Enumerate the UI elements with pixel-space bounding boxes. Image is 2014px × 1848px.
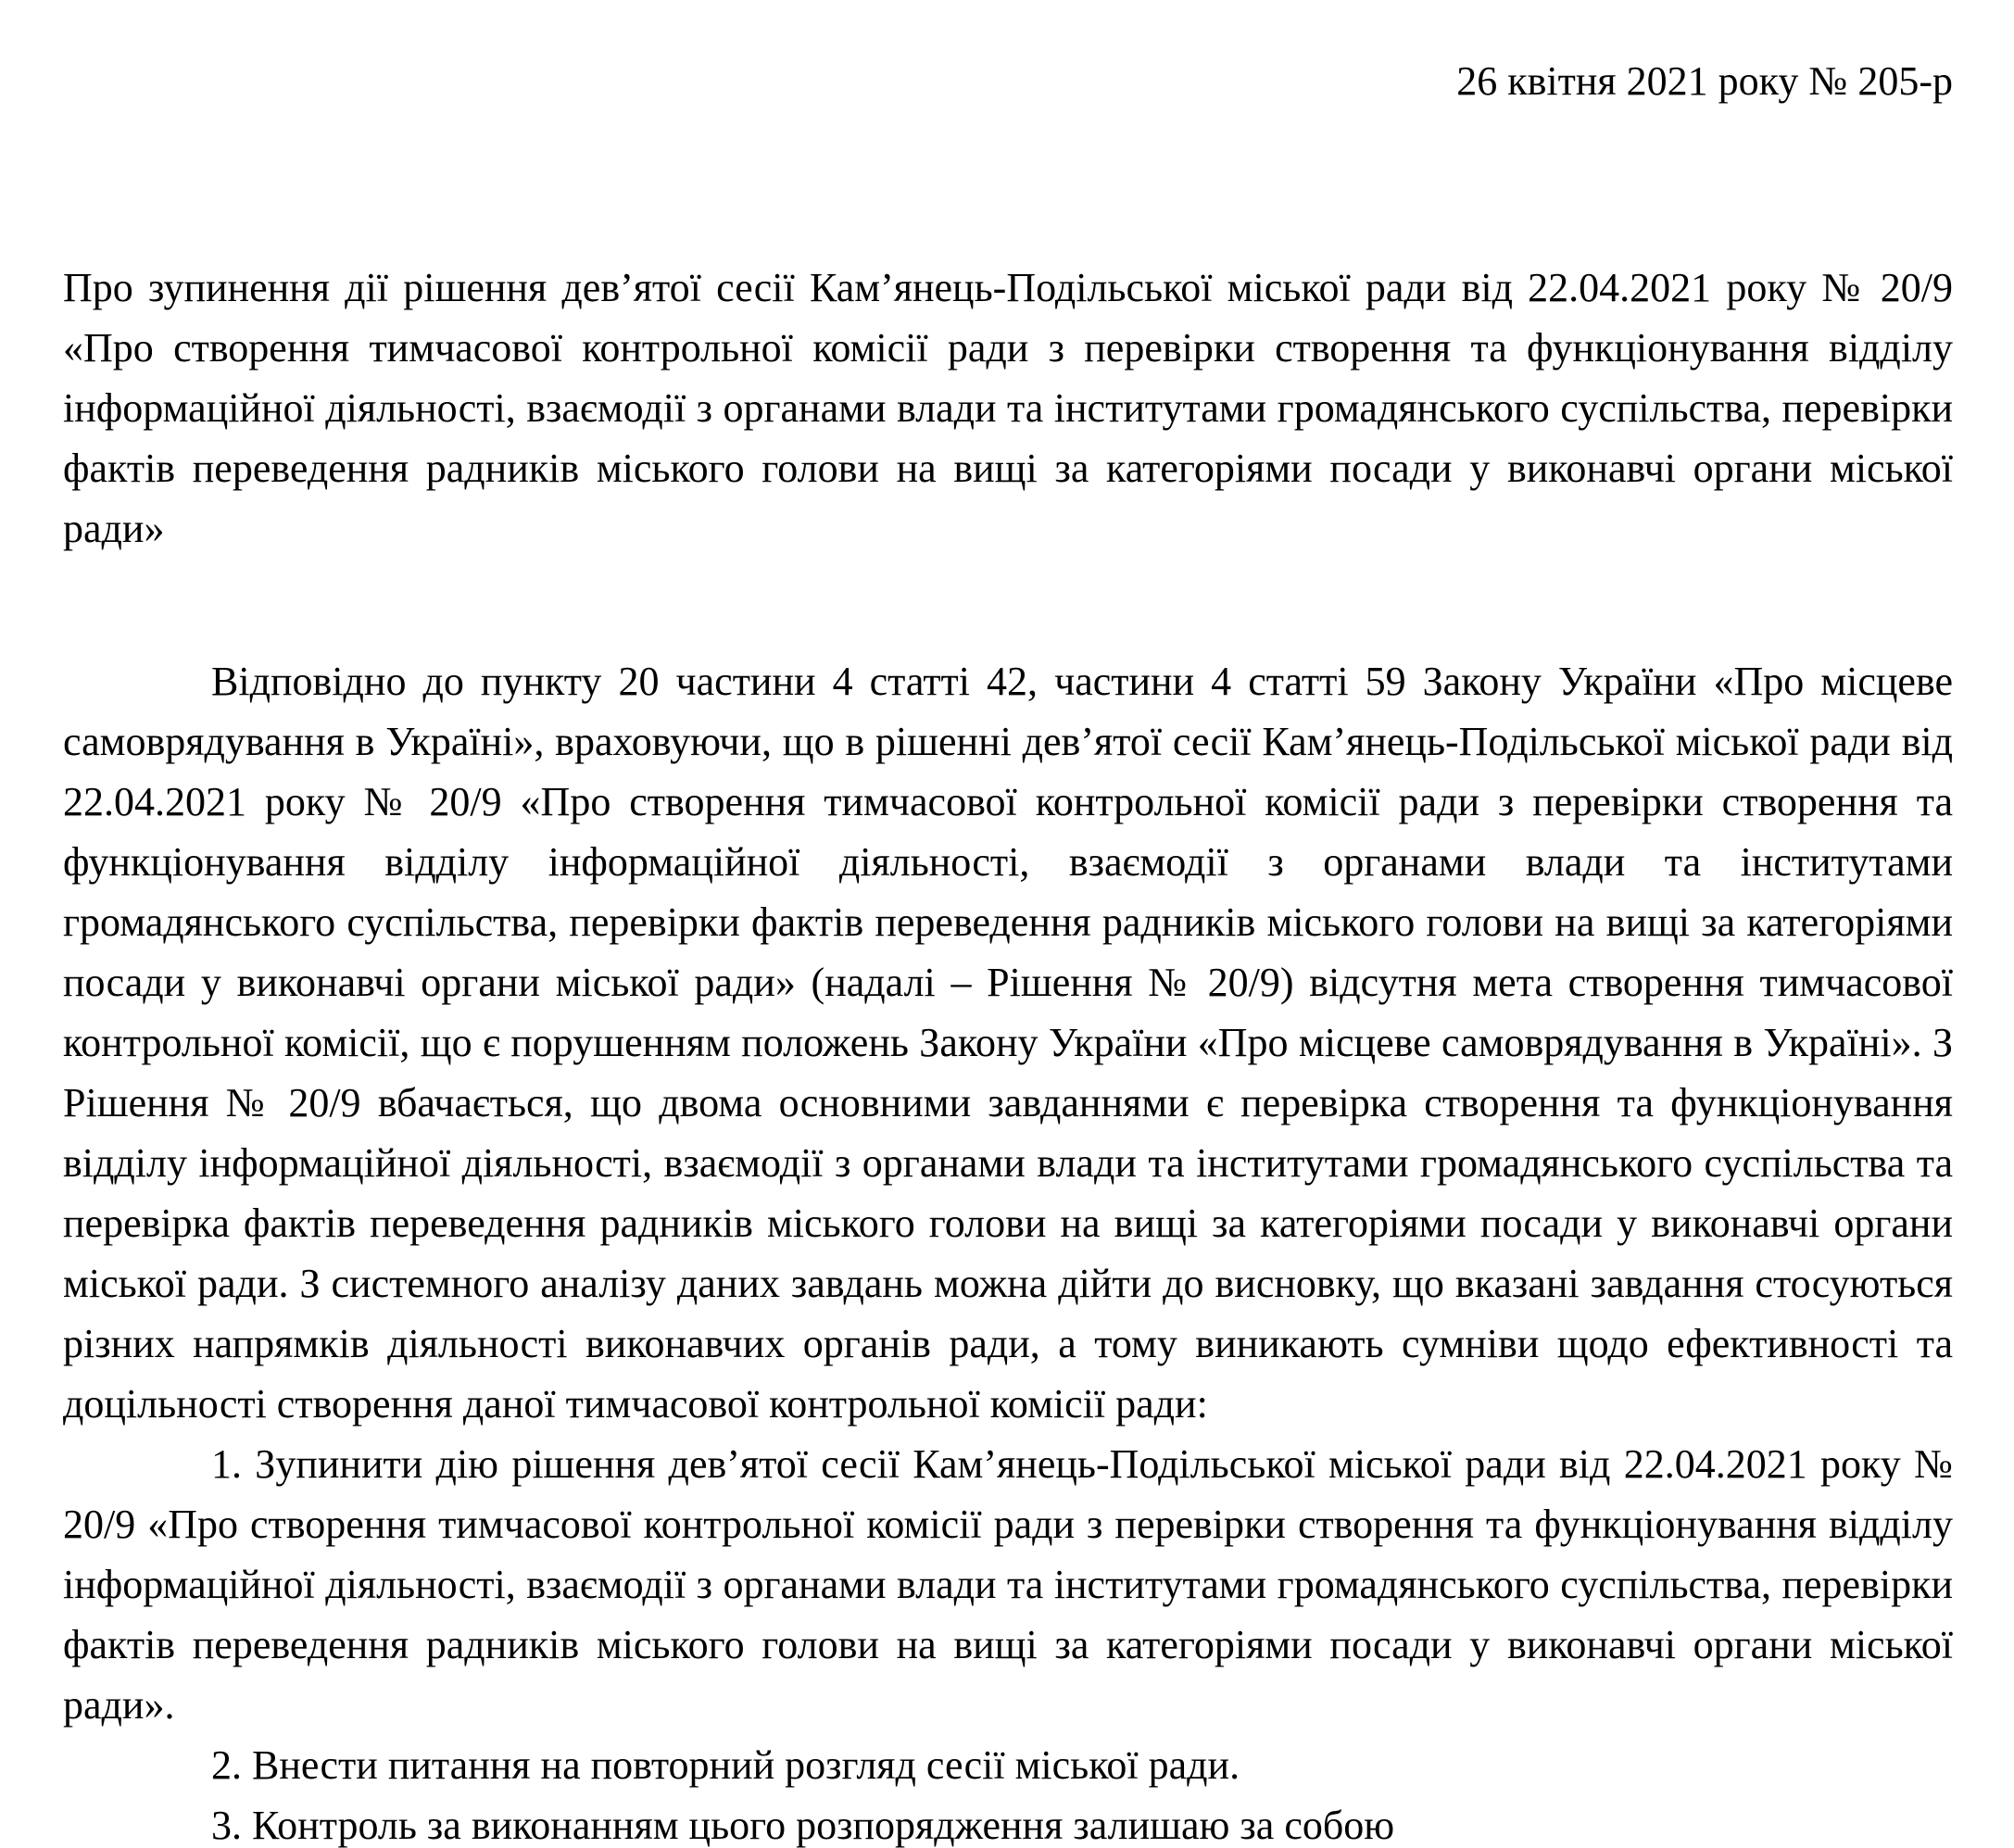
- ordered-item-1: 1. Зупинити дію рішення дев’ятої сесії К…: [63, 1434, 1953, 1735]
- document-body-paragraph: Відповідно до пункту 20 частини 4 статті…: [63, 651, 1953, 1434]
- document-page: 26 квітня 2021 року № 205-р Про зупиненн…: [0, 0, 2014, 1848]
- ordered-item-2: 2. Внести питання на повторний розгляд с…: [63, 1735, 1953, 1795]
- ordered-item-3: 3. Контроль за виконанням цього розпоряд…: [63, 1795, 1953, 1848]
- document-date-number: 26 квітня 2021 року № 205-р: [63, 51, 1953, 111]
- document-title-paragraph: Про зупинення дії рішення дев’ятої сесії…: [63, 258, 1953, 559]
